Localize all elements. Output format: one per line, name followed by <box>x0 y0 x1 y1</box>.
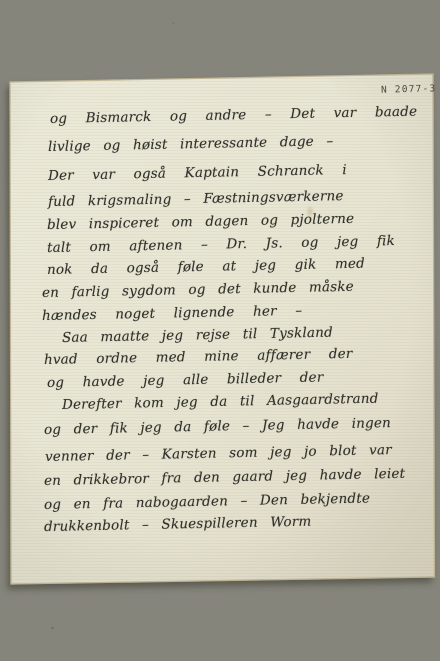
handwriting-line: hændes noget lignende her – <box>42 304 303 324</box>
handwriting-line: hvad ordne med mine affærer der <box>44 347 353 368</box>
handwriting-line: og havde jeg alle billeder der <box>47 370 324 390</box>
handwriting-line: blev inspiceret om dagen og pjolterne <box>47 212 355 233</box>
handwriting-line: Derefter kom jeg da til Aasgaardstrand <box>62 392 379 413</box>
handwriting-line: drukkenbolt – Skuespilleren Worm <box>44 515 312 535</box>
handwriting: N 2077-3 og Bismarck og andre – Det var … <box>0 0 440 661</box>
handwriting-line: Der var også Kaptain Schranck i <box>48 163 347 184</box>
handwriting-line: en farlig sygdom og det kunde måske <box>42 280 354 301</box>
handwriting-line: en drikkebror fra den gaard jeg havde le… <box>44 467 406 489</box>
handwriting-line: talt om aftenen – Dr. Js. og jeg fik <box>47 234 395 256</box>
handwriting-line: livlige og høist interessante dage – <box>48 134 334 155</box>
handwriting-line: nok da også føle at jeg gik med <box>47 257 365 278</box>
handwriting-line: og en fra nabogaarden – Den bekjendte <box>44 491 370 512</box>
handwriting-line: og der fik jeg da føle – Jeg havde ingen <box>44 416 391 438</box>
handwriting-line: fuld krigsmaling – Fæstningsværkerne <box>48 189 344 210</box>
photo-of-handwritten-letter: N 2077-3 og Bismarck og andre – Det var … <box>0 0 440 661</box>
handwriting-line: og Bismarck og andre – Det var baade <box>50 105 418 127</box>
catalog-number: N 2077-3 <box>381 83 437 95</box>
handwriting-line: venner der – Karsten som jeg jo blot var <box>45 443 392 465</box>
handwriting-line: Saa maatte jeg rejse til Tyskland <box>62 326 333 346</box>
